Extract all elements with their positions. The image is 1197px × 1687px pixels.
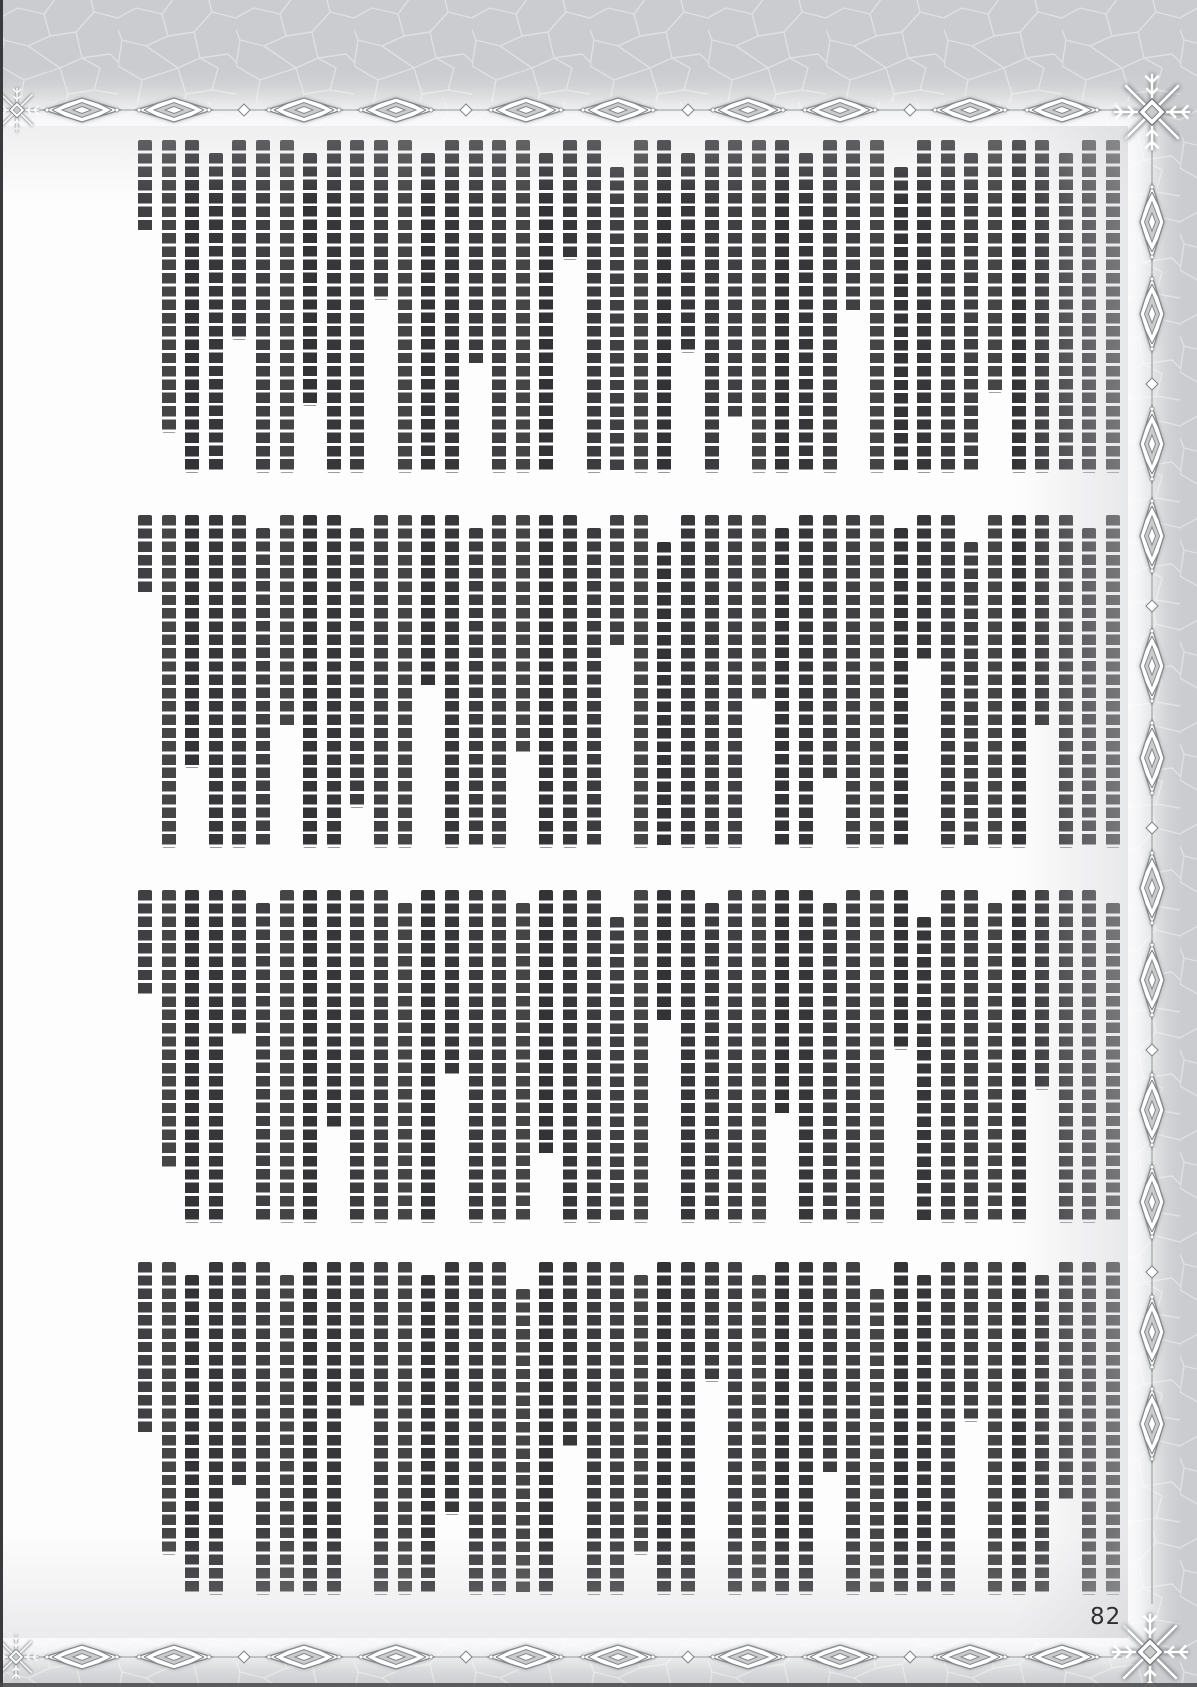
redacted-text-column bbox=[728, 515, 742, 848]
redacted-text-column bbox=[280, 890, 294, 1223]
redacted-text-column bbox=[469, 528, 483, 847]
text-block-1 bbox=[138, 140, 1120, 473]
scan-edge-bottom bbox=[0, 1683, 1197, 1687]
ornament-border-bottom bbox=[0, 1633, 1130, 1681]
redacted-text-column bbox=[232, 140, 246, 340]
redacted-text-column bbox=[516, 515, 530, 754]
redacted-text-column bbox=[634, 890, 648, 1223]
redacted-text-column bbox=[823, 140, 837, 473]
redacted-text-column bbox=[563, 890, 577, 1223]
redacted-text-column bbox=[1106, 903, 1120, 1222]
redacted-text-column bbox=[823, 903, 837, 1222]
redacted-text-column bbox=[1106, 140, 1120, 473]
redacted-text-column bbox=[1082, 1262, 1096, 1595]
redacted-text-column bbox=[964, 1262, 978, 1422]
redacted-text-column bbox=[374, 890, 388, 1223]
redacted-text-column bbox=[539, 890, 553, 1156]
redacted-text-column bbox=[941, 890, 955, 1223]
redacted-text-column bbox=[209, 153, 223, 472]
redacted-text-column bbox=[209, 1262, 223, 1595]
redacted-text-column bbox=[705, 140, 719, 473]
redacted-text-column bbox=[516, 1289, 530, 1595]
redacted-text-column bbox=[752, 140, 766, 473]
redacted-text-column bbox=[681, 515, 695, 848]
snowflake-icon bbox=[0, 1632, 41, 1682]
redacted-text-column bbox=[894, 528, 908, 847]
redacted-text-column bbox=[917, 1275, 931, 1594]
redacted-text-column bbox=[587, 1262, 601, 1595]
redacted-text-column bbox=[870, 1289, 884, 1595]
redacted-text-column bbox=[988, 140, 1002, 393]
redacted-text-column bbox=[587, 890, 601, 1223]
redacted-text-column bbox=[1059, 890, 1073, 1223]
redacted-text-column bbox=[162, 1262, 176, 1555]
redacted-text-column bbox=[870, 890, 884, 1223]
redacted-text-column bbox=[610, 1262, 624, 1595]
redacted-text-column bbox=[894, 167, 908, 473]
redacted-text-column bbox=[1059, 515, 1073, 848]
redacted-text-column bbox=[232, 515, 246, 848]
text-block-2 bbox=[138, 515, 1120, 848]
redacted-text-column bbox=[492, 1262, 506, 1595]
redacted-text-column bbox=[256, 1262, 270, 1595]
redacted-text-column bbox=[799, 515, 813, 848]
redacted-text-column bbox=[469, 140, 483, 366]
redacted-text-column bbox=[775, 1262, 789, 1595]
redacted-text-column bbox=[256, 528, 270, 847]
redacted-text-column bbox=[492, 515, 506, 848]
redacted-text-column bbox=[350, 1262, 364, 1408]
redacted-text-column bbox=[964, 890, 978, 1223]
redacted-text-column bbox=[280, 515, 294, 728]
redacted-text-column bbox=[445, 1262, 459, 1515]
redacted-text-column bbox=[941, 140, 955, 473]
redacted-text-column bbox=[280, 140, 294, 473]
redacted-text-column bbox=[917, 140, 931, 473]
redacted-text-column bbox=[1059, 153, 1073, 472]
redacted-text-column bbox=[1106, 1262, 1120, 1595]
snowflake-icon bbox=[0, 85, 42, 135]
redacted-text-column bbox=[894, 890, 908, 1050]
redacted-text-column bbox=[398, 140, 412, 473]
redacted-text-column bbox=[657, 140, 671, 473]
redacted-text-column bbox=[917, 917, 931, 1223]
redacted-text-column bbox=[634, 515, 648, 848]
redacted-text-column bbox=[775, 140, 789, 473]
redacted-text-column bbox=[1035, 515, 1049, 728]
page-number: 82 bbox=[1090, 1606, 1121, 1629]
redacted-text-column bbox=[256, 140, 270, 473]
redacted-text-column bbox=[846, 890, 860, 1223]
redacted-text-column bbox=[1082, 528, 1096, 847]
redacted-text-column bbox=[563, 140, 577, 260]
redacted-text-column bbox=[516, 140, 530, 473]
redacted-text-column bbox=[705, 515, 719, 848]
redacted-text-column bbox=[1012, 1262, 1026, 1595]
redacted-text-column bbox=[256, 903, 270, 1222]
redacted-text-column bbox=[610, 917, 624, 1223]
redacted-text-column bbox=[728, 140, 742, 419]
redacted-text-column bbox=[964, 153, 978, 472]
redacted-text-column bbox=[421, 153, 435, 472]
redacted-text-column bbox=[894, 1262, 908, 1595]
redacted-text-column bbox=[138, 1262, 152, 1435]
redacted-text-column bbox=[870, 515, 884, 848]
redacted-text-column bbox=[303, 890, 317, 1223]
redacted-text-column bbox=[327, 1262, 341, 1595]
redacted-text-column bbox=[162, 890, 176, 1169]
redacted-text-column bbox=[350, 140, 364, 473]
redacted-text-column bbox=[1035, 1275, 1049, 1594]
redacted-text-column bbox=[539, 515, 553, 848]
redacted-text-column bbox=[799, 153, 813, 472]
redacted-text-column bbox=[587, 140, 601, 473]
redacted-text-column bbox=[162, 515, 176, 848]
redacted-text-column bbox=[232, 1262, 246, 1488]
redacted-text-column bbox=[350, 890, 364, 1223]
redacted-text-column bbox=[398, 1262, 412, 1595]
redacted-text-column bbox=[610, 167, 624, 473]
redacted-text-column bbox=[728, 890, 742, 1223]
redacted-text-column bbox=[1012, 515, 1026, 848]
redacted-text-column bbox=[705, 1262, 719, 1382]
redacted-text-column bbox=[681, 890, 695, 1223]
redacted-text-column bbox=[634, 1275, 648, 1554]
redacted-text-column bbox=[823, 515, 837, 781]
redacted-text-column bbox=[185, 140, 199, 473]
redacted-text-column bbox=[705, 903, 719, 1222]
redacted-text-column bbox=[988, 1262, 1002, 1595]
redacted-text-column bbox=[492, 890, 506, 1223]
redacted-text-column bbox=[681, 153, 695, 353]
redacted-text-column bbox=[209, 890, 223, 1223]
redacted-text-column bbox=[752, 1275, 766, 1594]
snowflake-icon bbox=[1109, 69, 1195, 155]
redacted-text-column bbox=[421, 515, 435, 688]
redacted-text-column bbox=[421, 1275, 435, 1594]
redacted-text-column bbox=[1082, 890, 1096, 1223]
redacted-text-column bbox=[917, 515, 931, 661]
redacted-text-column bbox=[492, 140, 506, 473]
redacted-text-column bbox=[775, 890, 789, 1116]
redacted-text-column bbox=[280, 1275, 294, 1594]
redacted-text-column bbox=[374, 515, 388, 848]
redacted-text-column bbox=[445, 515, 459, 848]
redacted-text-column bbox=[303, 515, 317, 848]
redacted-text-column bbox=[469, 890, 483, 1223]
redacted-text-column bbox=[1106, 515, 1120, 848]
redacted-text-column bbox=[846, 140, 860, 313]
redacted-text-column bbox=[587, 528, 601, 847]
redacted-text-column bbox=[327, 890, 341, 1129]
redacted-text-column bbox=[1035, 140, 1049, 473]
redacted-text-column bbox=[303, 153, 317, 406]
page-scan: 82 bbox=[0, 0, 1197, 1687]
redacted-text-column bbox=[303, 1262, 317, 1595]
redacted-text-column bbox=[681, 1262, 695, 1595]
redacted-text-column bbox=[539, 153, 553, 472]
redacted-text-column bbox=[563, 1262, 577, 1448]
redacted-text-column bbox=[846, 1262, 860, 1595]
redacted-text-column bbox=[469, 1262, 483, 1595]
redacted-text-column bbox=[162, 140, 176, 433]
redacted-text-column bbox=[846, 515, 860, 848]
text-block-3 bbox=[138, 890, 1120, 1223]
redacted-text-column bbox=[1035, 890, 1049, 1090]
redacted-text-column bbox=[421, 890, 435, 1223]
redacted-text-column bbox=[185, 890, 199, 1223]
redacted-text-column bbox=[350, 528, 364, 807]
redacted-text-column bbox=[374, 1262, 388, 1595]
redacted-text-column bbox=[775, 528, 789, 847]
redacted-text-column bbox=[232, 890, 246, 1036]
redacted-text-column bbox=[398, 903, 412, 1222]
scan-edge-left bbox=[0, 0, 3, 1687]
redacted-text-column bbox=[941, 1262, 955, 1595]
redacted-text-column bbox=[941, 515, 955, 848]
redacted-text-column bbox=[634, 140, 648, 473]
redacted-text-column bbox=[185, 1275, 199, 1594]
redacted-text-column bbox=[563, 515, 577, 848]
redacted-text-column bbox=[752, 515, 766, 701]
redacted-text-column bbox=[657, 542, 671, 848]
redacted-text-column bbox=[657, 1262, 671, 1595]
redacted-text-column bbox=[1012, 140, 1026, 473]
redacted-text-column bbox=[445, 140, 459, 473]
text-block-4 bbox=[138, 1262, 1120, 1595]
redacted-text-column bbox=[185, 515, 199, 768]
redacted-text-column bbox=[988, 903, 1002, 1222]
redacted-text-column bbox=[138, 515, 152, 595]
redacted-text-column bbox=[610, 515, 624, 648]
ornament-border-top bbox=[0, 86, 1130, 134]
redacted-text-column bbox=[138, 890, 152, 996]
redacted-text-column bbox=[988, 515, 1002, 848]
redacted-text-column bbox=[752, 890, 766, 1223]
redacted-text-column bbox=[327, 140, 341, 473]
redacted-text-column bbox=[728, 1262, 742, 1595]
redacted-text-column bbox=[1012, 890, 1026, 1223]
redacted-text-column bbox=[1059, 1262, 1073, 1501]
redacted-text-column bbox=[823, 1262, 837, 1475]
redacted-text-column bbox=[870, 140, 884, 473]
redacted-text-column bbox=[209, 515, 223, 848]
redacted-text-column bbox=[799, 1262, 813, 1595]
redacted-text-column bbox=[657, 890, 671, 1023]
redacted-text-column bbox=[398, 515, 412, 848]
ornament-border-right bbox=[1128, 140, 1176, 1620]
redacted-text-column bbox=[327, 515, 341, 848]
redacted-text-column bbox=[1082, 140, 1096, 473]
redacted-text-column bbox=[539, 1262, 553, 1595]
redacted-text-column bbox=[799, 890, 813, 1223]
redacted-text-column bbox=[964, 542, 978, 848]
redacted-text-column bbox=[445, 890, 459, 1076]
redacted-text-column bbox=[516, 903, 530, 1222]
redacted-text-column bbox=[138, 140, 152, 233]
redacted-text-column bbox=[374, 140, 388, 300]
